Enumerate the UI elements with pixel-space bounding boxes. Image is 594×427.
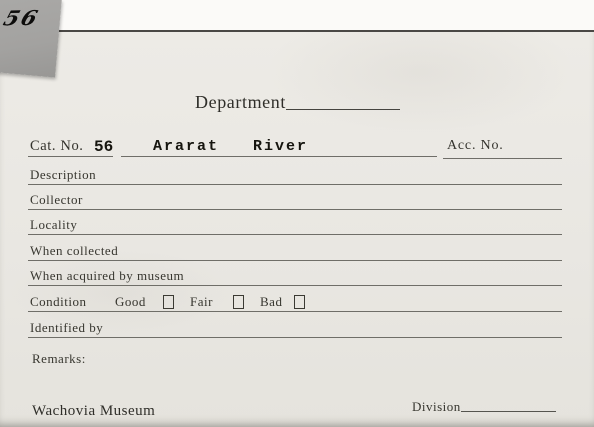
division-field: Division <box>412 399 556 415</box>
cat-no-typed-value: 56 <box>94 138 113 156</box>
department-heading: Department <box>195 92 400 113</box>
field-label: When collected <box>30 243 118 259</box>
acc-no-label: Acc. No. <box>447 138 504 154</box>
field-row-description: Description <box>28 166 562 185</box>
checkbox-bad <box>294 295 305 309</box>
field-row-condition: Condition Good Fair Bad <box>28 293 562 312</box>
entry-word-ararat: Ararat <box>153 138 219 155</box>
rule-segment <box>28 156 113 157</box>
remarks-label: Remarks: <box>32 351 86 367</box>
field-label: Description <box>30 167 96 183</box>
condition-option-bad: Bad <box>260 294 282 310</box>
field-row-when-collected: When collected <box>28 242 562 261</box>
field-row-when-acquired: When acquired by museum <box>28 267 562 286</box>
department-label: Department <box>195 92 286 112</box>
field-label: Identified by <box>30 320 103 336</box>
rule-segment <box>443 158 562 159</box>
field-label: Locality <box>30 217 77 233</box>
catalog-number-row: Cat. No. 56 Ararat River Acc. No. <box>28 138 564 157</box>
division-blank-line <box>461 400 556 412</box>
entry-word-river: River <box>253 138 308 155</box>
field-row-collector: Collector <box>28 191 562 210</box>
cat-no-label: Cat. No. <box>30 138 84 155</box>
handwritten-catalog-number: 56 <box>1 5 43 30</box>
index-card: Department Cat. No. 56 Ararat River Acc.… <box>0 30 594 427</box>
scanned-catalog-card-photo: Department Cat. No. 56 Ararat River Acc.… <box>0 0 594 427</box>
division-label: Division <box>412 399 461 414</box>
field-label: Collector <box>30 192 83 208</box>
field-label: When acquired by museum <box>30 268 184 284</box>
checkbox-fair <box>233 295 244 309</box>
rule-segment <box>121 156 437 157</box>
field-row-identified-by: Identified by <box>28 319 562 338</box>
condition-option-fair: Fair <box>190 294 213 310</box>
condition-label: Condition <box>30 294 87 310</box>
condition-option-good: Good <box>115 294 146 310</box>
museum-name: Wachovia Museum <box>32 403 155 420</box>
checkbox-good <box>163 295 174 309</box>
department-blank-line <box>286 95 400 110</box>
field-row-locality: Locality <box>28 216 562 235</box>
corner-tab: 56 <box>0 0 62 77</box>
